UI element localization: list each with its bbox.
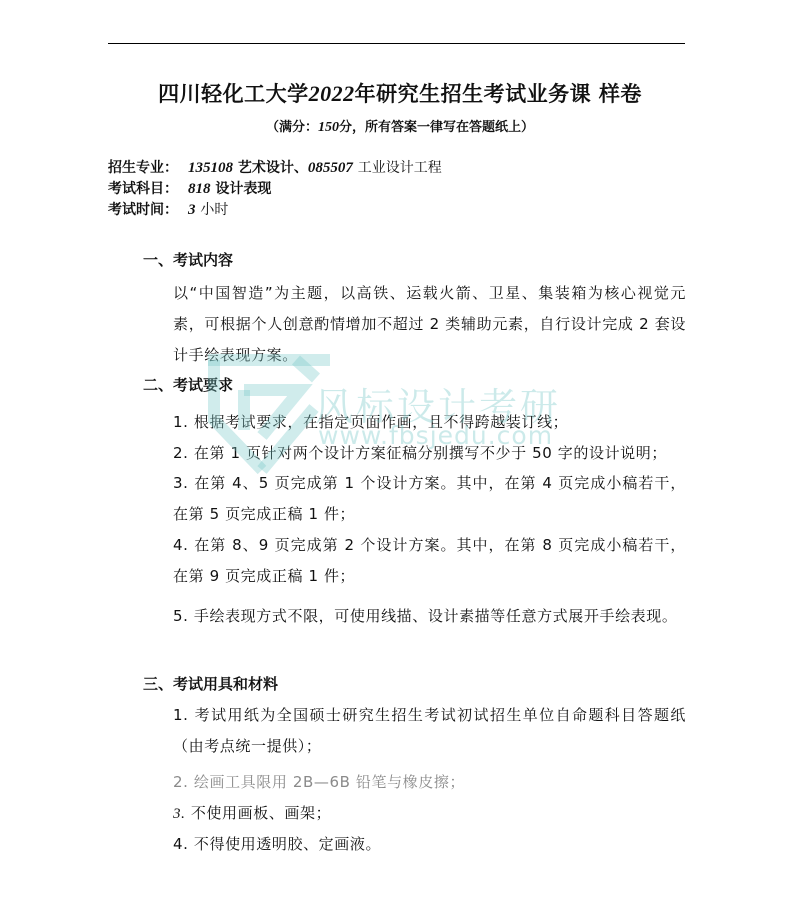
section-heading-materials: 三、考试用具和材料 bbox=[143, 673, 278, 694]
meta-text: 艺术设计、 bbox=[238, 160, 308, 176]
title-year: 2022 bbox=[309, 81, 355, 106]
meta-label: 考试时间： bbox=[108, 200, 188, 220]
title-prefix: 四川轻化工大学 bbox=[158, 82, 309, 106]
meta-code: 3 bbox=[188, 202, 196, 218]
meta-text: 设计表现 bbox=[215, 181, 271, 197]
meta-duration: 考试时间：3 小时 bbox=[108, 200, 228, 220]
subtitle-close: 分，所有答案一律写在答题纸上） bbox=[339, 120, 534, 135]
meta-major: 招生专业：135108 艺术设计、085507 工业设计工程 bbox=[108, 158, 442, 178]
document-subtitle: （满分：150分，所有答案一律写在答题纸上） bbox=[0, 116, 800, 136]
requirement-item: 1. 根据考试要求，在指定页面作画，且不得跨越装订线； bbox=[173, 411, 568, 432]
meta-subject: 考试科目：818 设计表现 bbox=[108, 179, 271, 199]
materials-item: 2. 绘画工具限用 2B—6B 铅笔与橡皮擦； bbox=[173, 771, 465, 792]
requirement-item: 2. 在第 1 页针对两个设计方案征稿分别撰写不少于 50 字的设计说明； bbox=[173, 442, 667, 463]
meta-code: 135108 bbox=[188, 160, 233, 176]
title-suffix: 年研究生招生考试业务课 样卷 bbox=[355, 82, 642, 106]
section-heading-content: 一、考试内容 bbox=[143, 249, 233, 270]
requirement-item: 4. 在第 8、9 页完成第 2 个设计方案。其中，在第 8 页完成小稿若干，在… bbox=[108, 530, 686, 592]
meta-text: 小时 bbox=[200, 202, 228, 218]
content-paragraph-text: 以“中国智造”为主题，以高铁、运载火箭、卫星、集装箱为核心视觉元素，可根据个人创… bbox=[108, 278, 686, 371]
document-page: 四川轻化工大学2022年研究生招生考试业务课 样卷 （满分：150分，所有答案一… bbox=[0, 0, 800, 900]
meta-label: 招生专业： bbox=[108, 158, 188, 178]
section-content-paragraph: 以“中国智造”为主题，以高铁、运载火箭、卫星、集装箱为核心视觉元素，可根据个人创… bbox=[108, 278, 686, 371]
requirement-item-text: 5. 手绘表现方式不限，可使用线描、设计素描等任意方式展开手绘表现。 bbox=[108, 601, 686, 632]
materials-item: 3. 不使用画板、画架； bbox=[173, 802, 331, 823]
document-title: 四川轻化工大学2022年研究生招生考试业务课 样卷 bbox=[0, 78, 800, 108]
requirement-item-text: 4. 在第 8、9 页完成第 2 个设计方案。其中，在第 8 页完成小稿若干，在… bbox=[108, 530, 686, 592]
requirement-item: 3. 在第 4、5 页完成第 1 个设计方案。其中，在第 4 页完成小稿若干，在… bbox=[108, 468, 686, 530]
materials-item-number: 3. bbox=[173, 806, 185, 822]
materials-item-text: 不使用画板、画架； bbox=[191, 804, 331, 822]
subtitle-score: 150 bbox=[318, 120, 339, 135]
materials-item: 1. 考试用纸为全国硕士研究生招生考试初试招生单位自命题科目答题纸（由考点统一提… bbox=[108, 700, 686, 762]
meta-label: 考试科目： bbox=[108, 179, 188, 199]
requirement-item: 5. 手绘表现方式不限，可使用线描、设计素描等任意方式展开手绘表现。 bbox=[108, 601, 686, 632]
materials-item: 4. 不得使用透明胶、定画液。 bbox=[173, 833, 381, 854]
section-heading-requirements: 二、考试要求 bbox=[143, 374, 233, 395]
subtitle-open: （满分： bbox=[266, 120, 318, 135]
meta-code: 085507 bbox=[308, 160, 353, 176]
materials-item-text: 1. 考试用纸为全国硕士研究生招生考试初试招生单位自命题科目答题纸（由考点统一提… bbox=[108, 700, 686, 762]
meta-code: 818 bbox=[188, 181, 211, 197]
meta-text: 工业设计工程 bbox=[358, 160, 442, 176]
requirement-item-text: 3. 在第 4、5 页完成第 1 个设计方案。其中，在第 4 页完成小稿若干，在… bbox=[108, 468, 686, 530]
header-rule bbox=[108, 43, 685, 44]
